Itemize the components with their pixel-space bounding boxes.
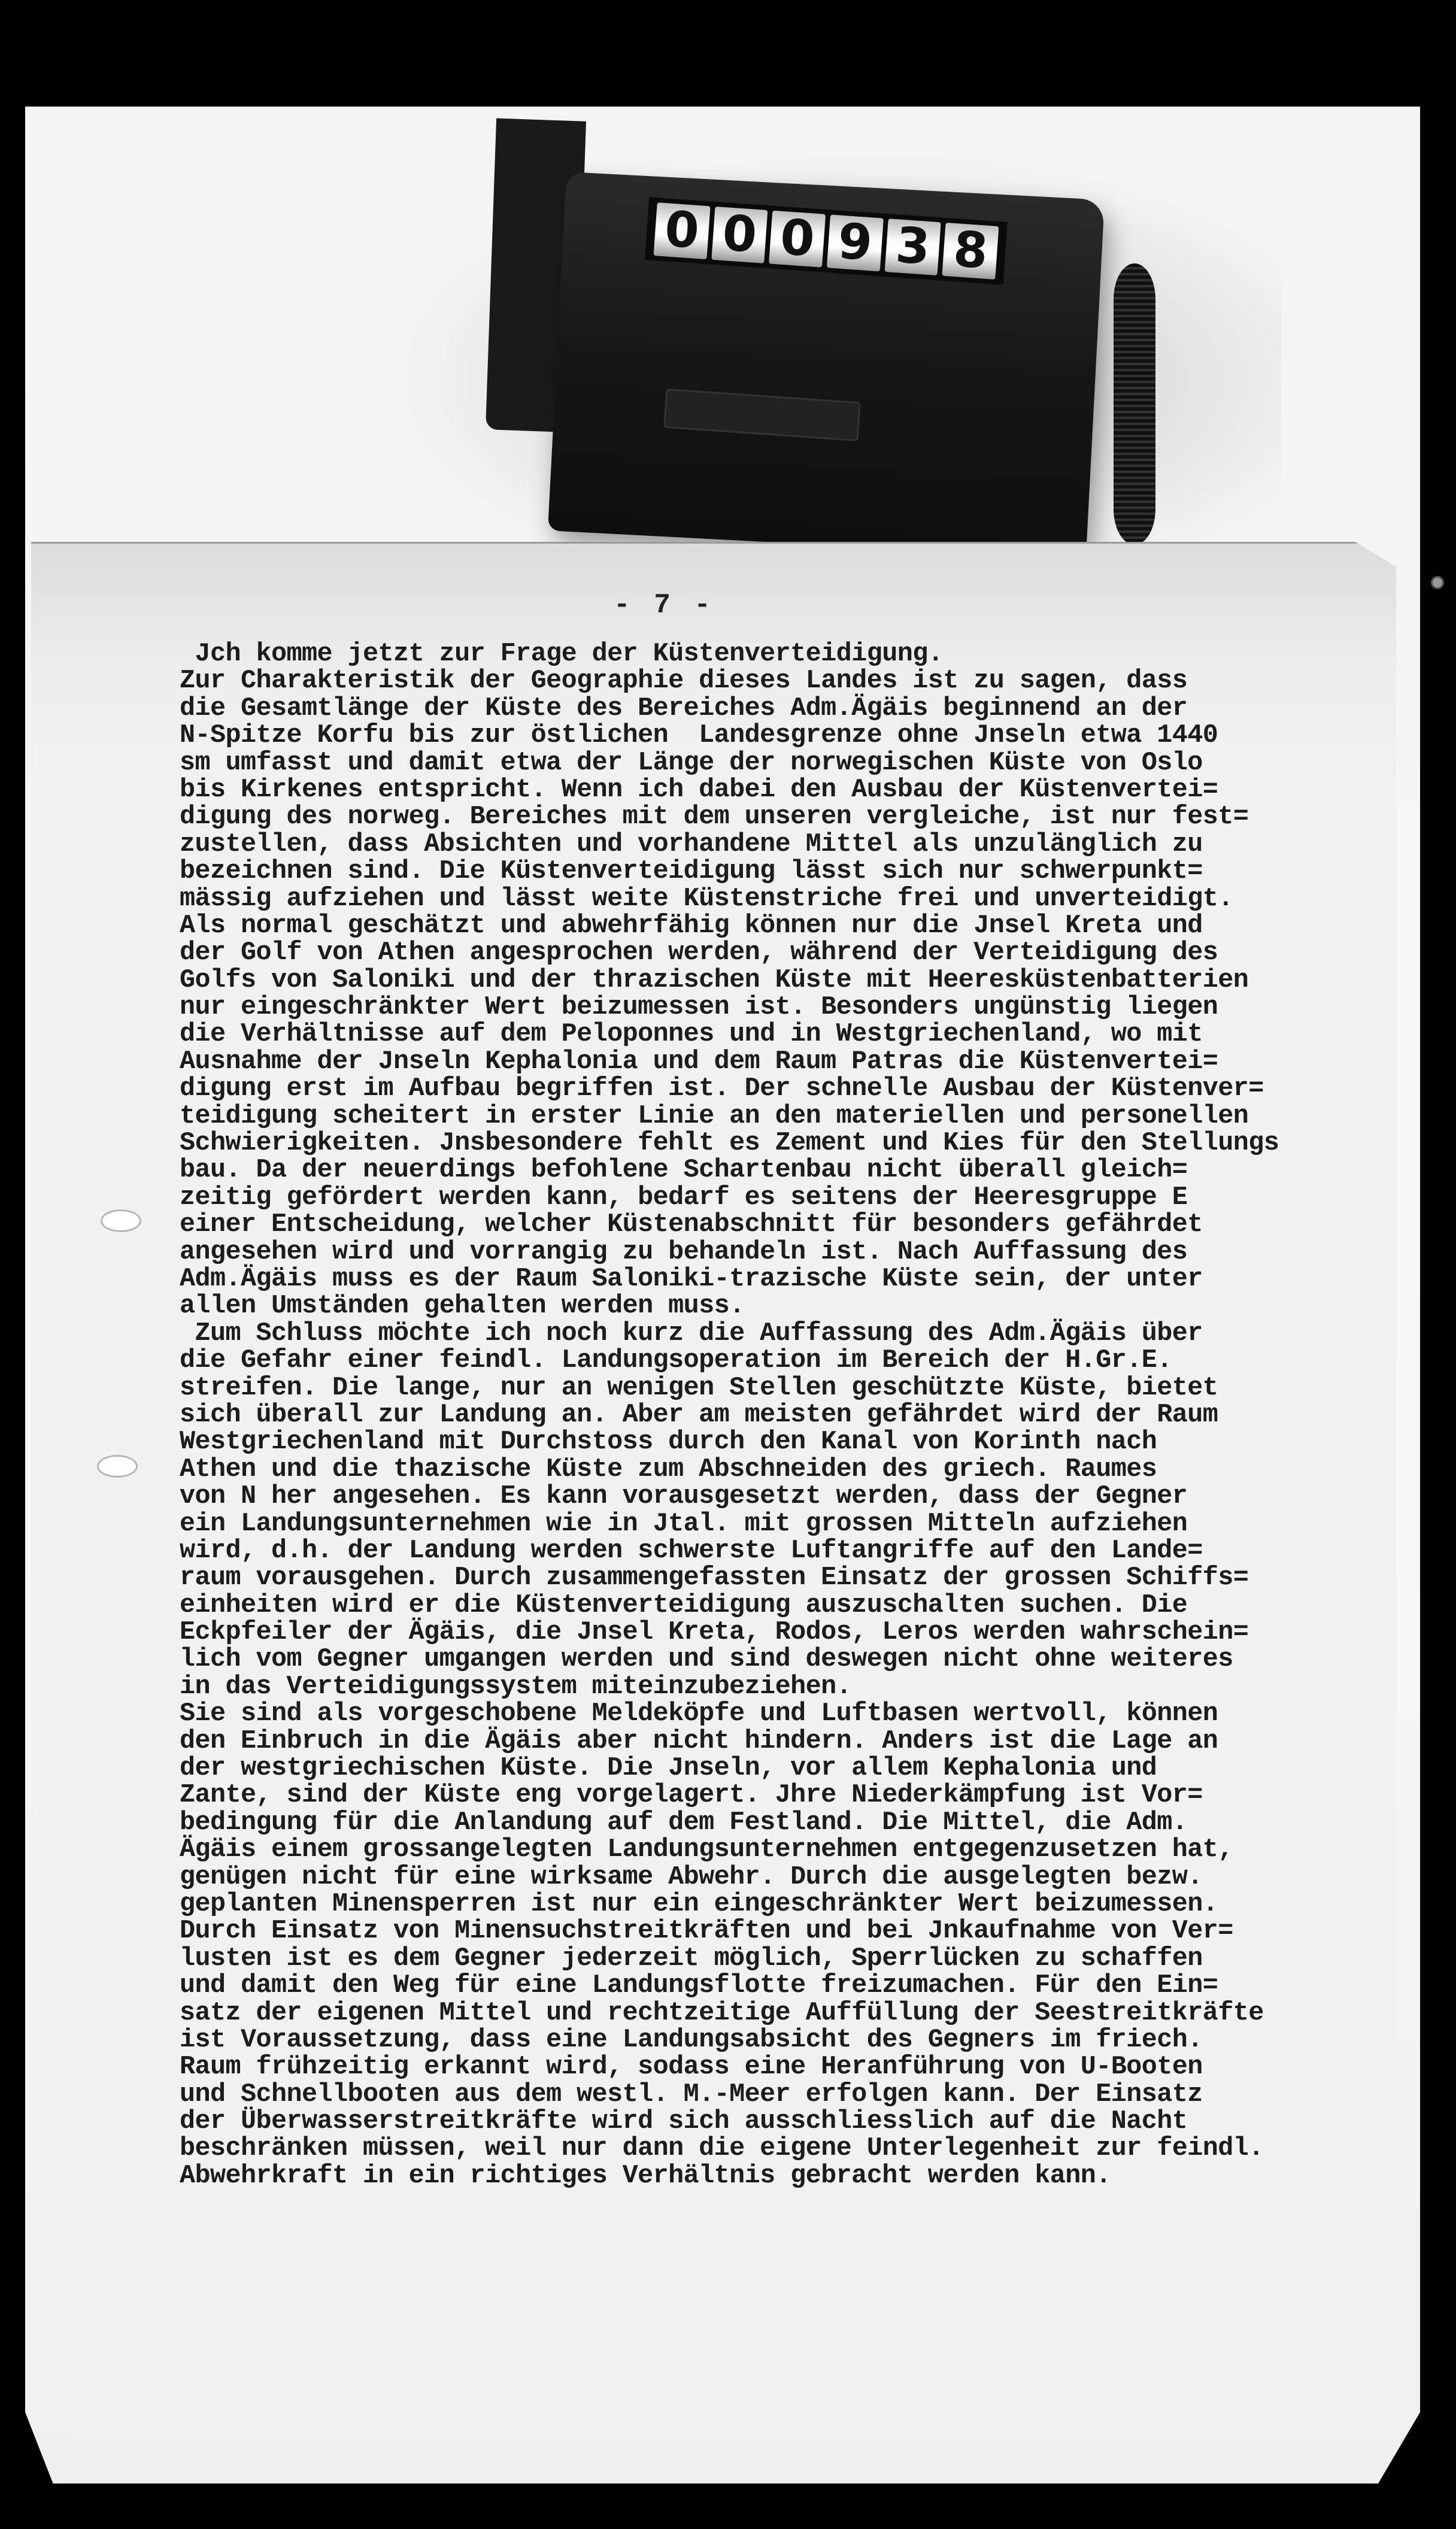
text-line: der Überwasserstreitkräfte wird sich aus… [180,2108,1449,2135]
text-line: angesehen wird und vorrangig zu behandel… [180,1239,1449,1266]
counter-digit: 3 [884,219,941,275]
text-line: Schwierigkeiten. Jnsbesondere fehlt es Z… [180,1130,1449,1157]
text-line: Athen und die thazische Küste zum Abschn… [180,1456,1449,1483]
text-line: sm umfasst und damit etwa der Länge der … [180,750,1449,777]
text-line: Jch komme jetzt zur Frage der Küstenvert… [180,641,1449,668]
counter-reset-knob [1114,263,1155,545]
text-line: bezeichnen sind. Die Küstenverteidigung … [180,858,1449,885]
counter-digit: 0 [769,211,826,268]
text-line: der westgriechischen Küste. Die Jnseln, … [180,1755,1449,1782]
text-line: der Golf von Athen angesprochen werden, … [180,939,1449,966]
counter-digit: 9 [827,214,884,271]
text-line: wird, d.h. der Landung werden schwerste … [180,1538,1449,1564]
text-line: digung erst im Aufbau begriffen ist. Der… [180,1075,1449,1102]
text-line: bis Kirkenes entspricht. Wenn ich dabei … [180,777,1449,803]
text-line: digung des norweg. Bereiches mit dem uns… [180,803,1449,830]
text-line: Ausnahme der Jnseln Kephalonia und dem R… [180,1048,1449,1075]
text-line: Ägäis einem grossangelegten Landungsunte… [180,1836,1449,1863]
counter-digit: 8 [942,223,999,280]
text-line: von N her angesehen. Es kann vorausgeset… [180,1483,1449,1510]
text-line: teidigung scheitert in erster Linie an d… [180,1103,1449,1130]
text-line: und Schnellbooten aus dem westl. M.-Meer… [180,2081,1449,2108]
text-line: in das Verteidigungssystem miteinzubezie… [180,1673,1449,1700]
text-line: Raum frühzeitig erkannt wird, sodass ein… [180,2054,1449,2081]
punch-hole [101,1209,141,1232]
text-line: geplanten Minensperren ist nur ein einge… [180,1891,1449,1918]
text-line: raum vorausgehen. Durch zusammengefasste… [180,1564,1449,1591]
text-line: bau. Da der neuerdings befohlene Scharte… [180,1157,1449,1184]
text-line: Westgriechenland mit Durchstoss durch de… [180,1429,1449,1455]
text-line: Zur Charakteristik der Geographie dieses… [180,668,1449,695]
text-line: Durch Einsatz von Minensuchstreitkräften… [180,1918,1449,1945]
text-line: satz der eigenen Mittel und rechtzeitige… [180,2000,1449,2027]
text-line: Als normal geschätzt und abwehrfähig kön… [180,912,1449,939]
text-line: die Gesamtlänge der Küste des Bereiches … [180,695,1449,722]
text-line: zeitig gefördert werden kann, bedarf es … [180,1184,1449,1211]
counter-digit: 0 [654,202,711,259]
text-line: genügen nicht für eine wirksame Abwehr. … [180,1864,1449,1891]
text-line: N-Spitze Korfu bis zur östlichen Landesg… [180,722,1449,749]
text-line: einer Entscheidung, welcher Küstenabschn… [180,1211,1449,1238]
text-line: Adm.Ägäis muss es der Raum Saloniki-traz… [180,1266,1449,1293]
text-line: einheiten wird er die Küstenverteidigung… [180,1592,1449,1619]
text-line: nur eingeschränkter Wert beizumessen ist… [180,994,1449,1021]
text-line: lich vom Gegner umgangen werden und sind… [180,1646,1449,1673]
text-line: streifen. Die lange, nur an wenigen Stel… [180,1375,1449,1402]
text-line: Abwehrkraft in ein richtiges Verhältnis … [180,2163,1449,2190]
frame-counter-device: 0 0 0 9 3 8 [491,120,1239,551]
text-line: ist Voraussetzung, dass eine Landungsabs… [180,2027,1449,2054]
edge-marker [1431,576,1444,589]
text-line: Golfs von Saloniki und der thrazischen K… [180,967,1449,994]
text-line: und damit den Weg für eine Landungsflott… [180,1972,1449,1999]
text-line: die Verhältnisse auf dem Peloponnes und … [180,1021,1449,1048]
text-line: lusten ist es dem Gegner jederzeit mögli… [180,1945,1449,1972]
text-line: mässig aufziehen und lässt weite Küstens… [180,886,1449,912]
text-line: Eckpfeiler der Ägäis, die Jnsel Kreta, R… [180,1619,1449,1646]
counter-digit: 0 [711,207,768,263]
text-line: Sie sind als vorgeschobene Meldeköpfe un… [180,1700,1449,1727]
text-line: die Gefahr einer feindl. Landungsoperati… [180,1347,1449,1374]
text-line: Zum Schluss möchte ich noch kurz die Auf… [180,1320,1449,1347]
text-line: zustellen, dass Absichten und vorhandene… [180,831,1449,858]
text-line: allen Umständen gehalten werden muss. [180,1293,1449,1320]
text-line: sich überall zur Landung an. Aber am mei… [180,1402,1449,1429]
text-line: den Einbruch in die Ägäis aber nicht hin… [180,1728,1449,1755]
document-body: Jch komme jetzt zur Frage der Küstenvert… [180,641,1449,2190]
text-line: beschränken müssen, weil nur dann die ei… [180,2135,1449,2162]
text-line: bedingung für die Anlandung auf dem Fest… [180,1809,1449,1836]
page-number: - 7 - [614,590,714,621]
punch-hole [97,1455,138,1478]
text-line: ein Landungsunternehmen wie in Jtal. mit… [180,1511,1449,1538]
text-line: Zante, sind der Küste eng vorgelagert. J… [180,1782,1449,1809]
